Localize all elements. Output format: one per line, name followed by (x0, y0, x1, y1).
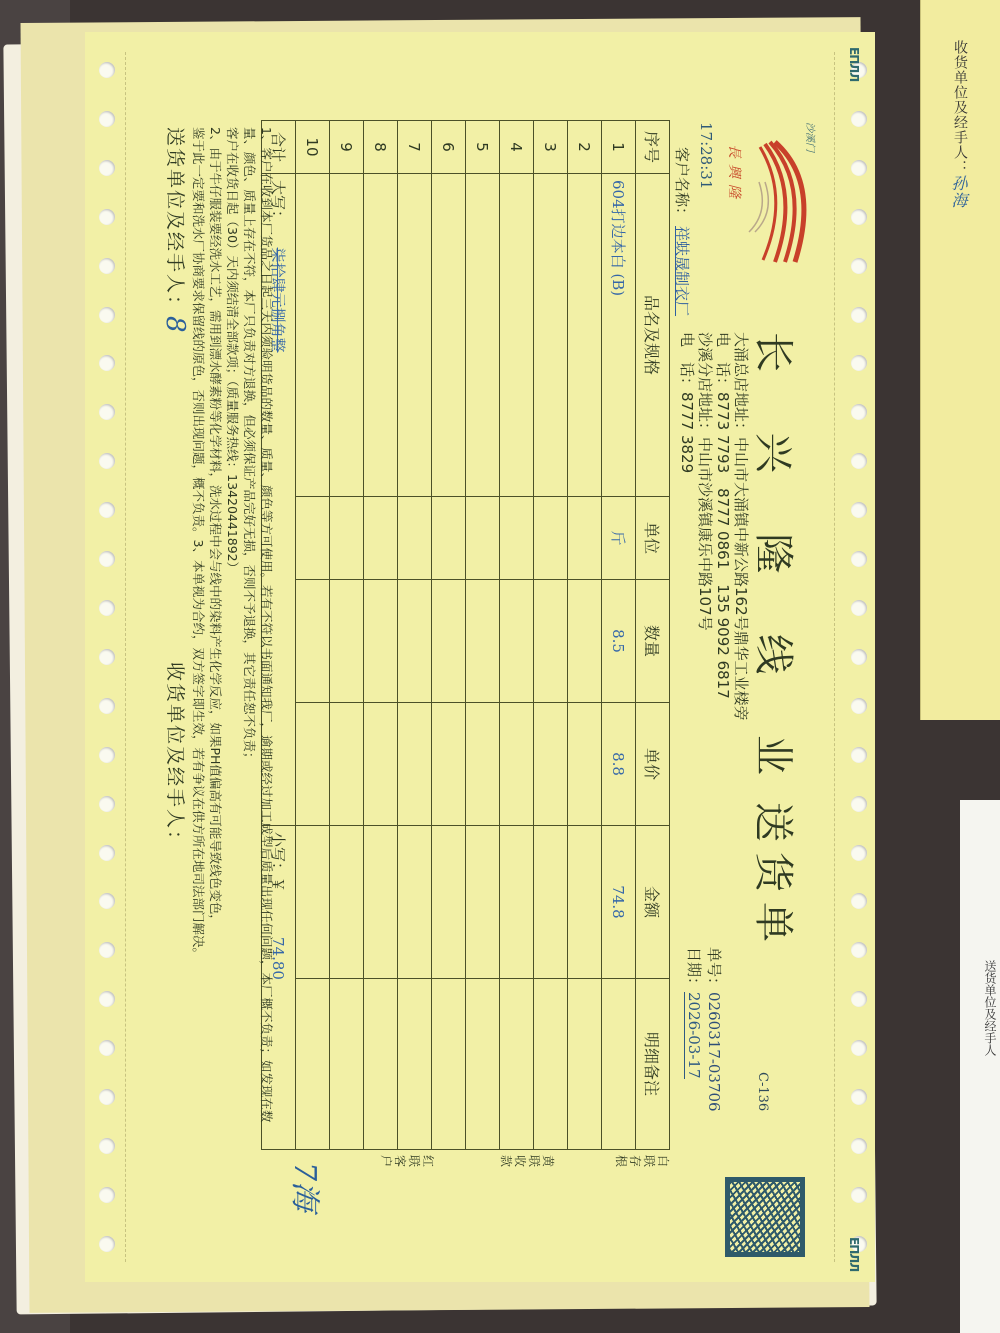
header-note: 明细备注 (636, 979, 670, 1150)
tractor-holes-top (843, 62, 867, 1252)
customer-name: 客户名称：祥蚨晟制衣厂 (672, 147, 693, 316)
copy-white-label: 白联存根 (614, 1154, 670, 1168)
copy-red-label: 红联客户 (379, 1154, 435, 1168)
tractor-holes-bottom (91, 62, 115, 1252)
perforation-line-top (834, 52, 835, 1262)
sender-signature: 送货单位及经手人：8 (163, 127, 190, 316)
company-name: 长 兴 隆 线 业 (748, 332, 805, 799)
table-row: 9 (330, 121, 364, 1150)
perforation-line-bottom (125, 52, 126, 1262)
table-row: 8 (364, 121, 398, 1150)
items-table: 序号 品名及规格 单位 数量 单价 金额 明细备注 1 604打边本白 (B) … (261, 120, 670, 1150)
item-unit: 斤 (602, 497, 636, 580)
table-row: 7 (398, 121, 432, 1150)
receiver-scribble: 7海 (286, 1162, 330, 1211)
header-unit: 单位 (636, 497, 670, 580)
table-row: 5 (466, 121, 500, 1150)
table-row: 3 (534, 121, 568, 1150)
delivery-note: ЕПЛЛ ЕПЛЛ 沙溪门 長興隆 长 兴 隆 线 业 送货单 大涌总店地址：中… (85, 32, 875, 1282)
adjacent-sheet-bottom-right (960, 800, 1000, 1333)
item-price: 8.8 (602, 703, 636, 826)
order-number: 单号：0260317-03706 (704, 947, 725, 1112)
header-amount: 金额 (636, 826, 670, 979)
order-date: 日期：2026-03-17 (684, 947, 705, 1079)
adjacent-receiver-label: 收货单位及经手人：孙海 (930, 40, 970, 690)
table-row: 10 (296, 121, 330, 1150)
header-name: 品名及规格 (636, 174, 670, 497)
logo-branch-text: 沙溪门 (804, 122, 819, 152)
header-price: 单价 (636, 703, 670, 826)
perforation-stamp: ЕПЛЛ (847, 47, 861, 81)
table-row: 4 (500, 121, 534, 1150)
receiver-signature: 收货单位及经手人： (163, 662, 190, 851)
address-branch: 沙溪分店地址：中山市沙溪镇康乐中路107号 (696, 332, 714, 631)
form-code: C-136 (755, 1072, 770, 1111)
item-amount: 74.8 (602, 826, 636, 979)
document-title: 送货单 (748, 802, 805, 952)
perforation-stamp: ЕПЛЛ (847, 1237, 861, 1271)
phone-main: 电 话：8773 7793 8777 0861 135 9092 6817 (714, 332, 732, 699)
item-name: 604打边本白 (B) (602, 174, 636, 497)
adjacent-sender-label: 送货单位及经手人 (975, 960, 999, 1056)
table-header-row: 序号 品名及规格 单位 数量 单价 金额 明细备注 (636, 121, 670, 1150)
header-no: 序号 (636, 121, 670, 174)
logo-brand-text: 長興隆 (725, 144, 745, 204)
item-qty: 8.5 (602, 580, 636, 703)
table-row: 6 (432, 121, 466, 1150)
item-note (602, 979, 636, 1150)
copy-yellow-label: 黄联收款 (499, 1154, 555, 1168)
company-logo-icon (735, 122, 815, 272)
header-qty: 数量 (636, 580, 670, 703)
terms-notes: 1、客户在收到本厂货品之日起三天内须验明货品的数量、质量、颜色等方可使用。若有不… (190, 127, 275, 1127)
print-time: 17:28:31 (697, 122, 715, 189)
table-row: 1 604打边本白 (B) 斤 8.5 8.8 74.8 (602, 121, 636, 1150)
address-main: 大涌总店地址：中山市大涌镇中新公路162号鼎华工业楼旁 (732, 332, 750, 721)
table-row: 2 (568, 121, 602, 1150)
phone-branch: 电 话：8777 3829 (678, 332, 696, 473)
qr-code-icon (725, 1177, 805, 1257)
